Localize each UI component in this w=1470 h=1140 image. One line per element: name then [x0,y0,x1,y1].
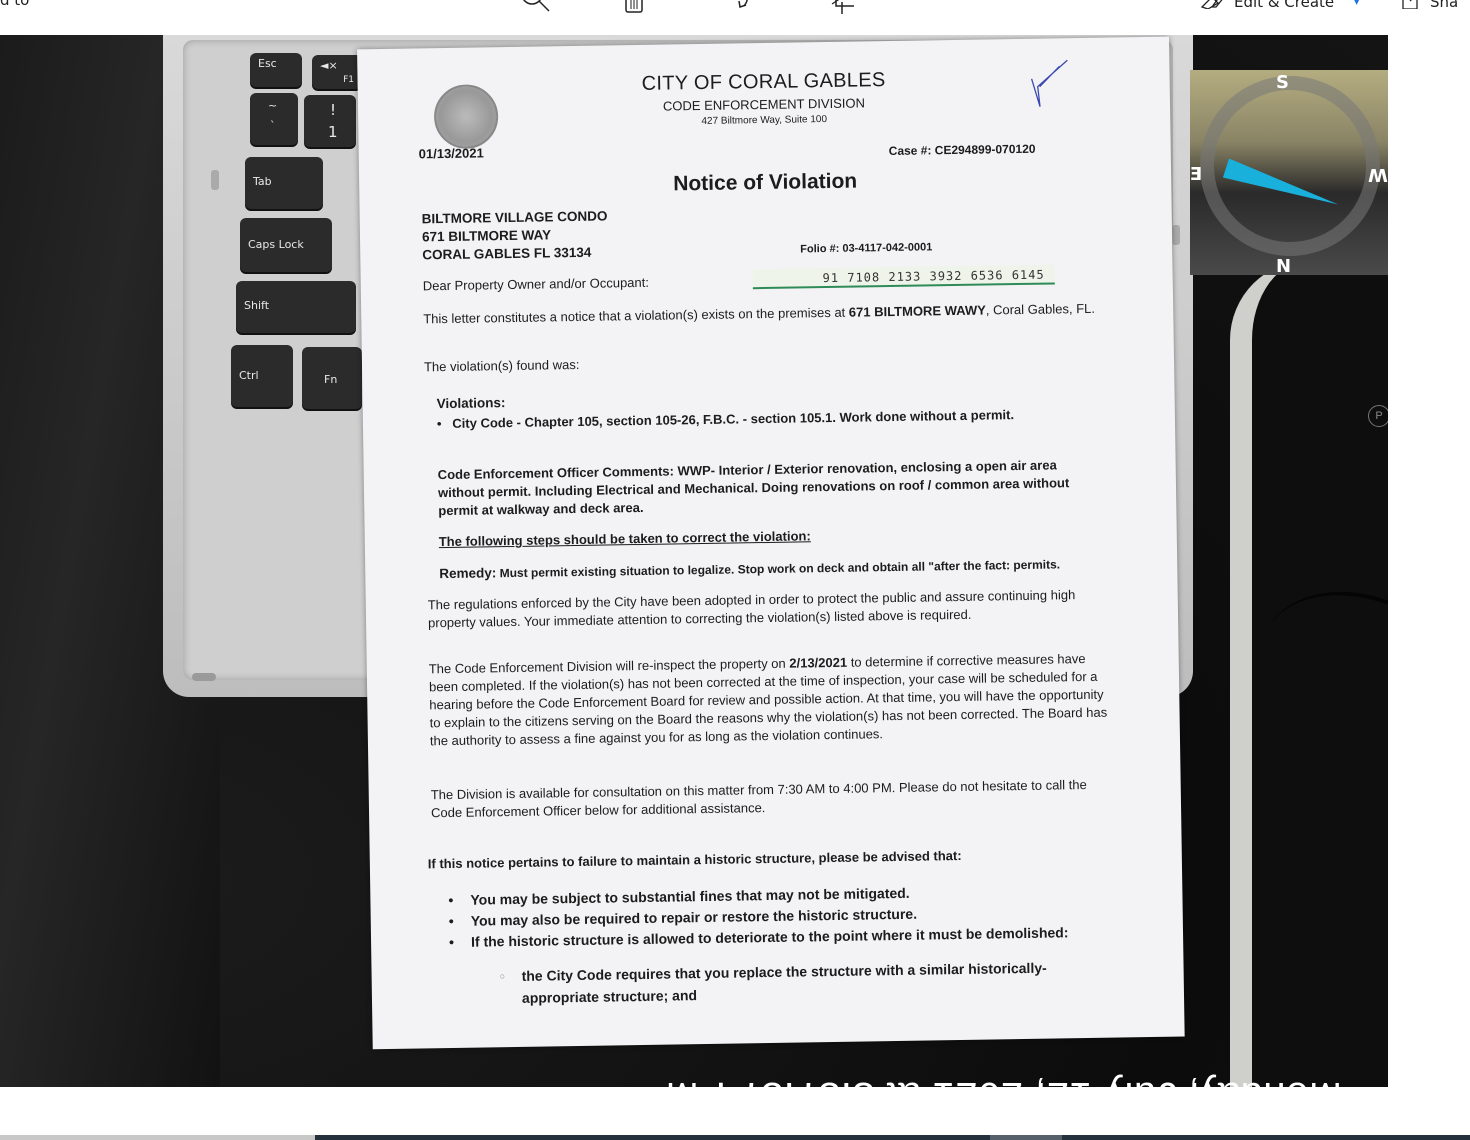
photo-viewer[interactable]: Esc F1◄× ~` !1 Tab Caps Lock Shift Ctrl … [0,35,1388,1087]
key-1: !1 [304,95,356,147]
notice-document: CITY OF CORAL GABLES CODE ENFORCEMENT DI… [357,37,1185,1050]
compass-east: E [1190,164,1202,185]
notice-date: 01/13/2021 [419,145,484,161]
violation-item: • City Code - Chapter 105, section 105-2… [437,407,1014,431]
app-toolbar: d to Edit & Create ▾ Sha [0,0,1470,35]
compass-overlay: S N E W [1190,70,1388,275]
recipient-address: BILTMORE VILLAGE CONDO 671 BILTMORE WAY … [422,207,609,264]
edit-create-label: Edit & Create [1234,0,1334,11]
intro-paragraph: This letter constitutes a notice that a … [423,300,1103,329]
availability-paragraph: The Division is available for consultati… [431,776,1111,823]
folio-number: Folio #: 03-4117-042-0001 [800,241,932,255]
share-button[interactable]: Sha [1402,0,1458,13]
reinspection-paragraph: The Code Enforcement Division will re-in… [429,650,1110,751]
key-shift-left: Shift [236,281,356,333]
historic-bullets: You may be subject to substantial fines … [470,880,1068,952]
found-label: The violation(s) found was: [424,348,1104,377]
zoom-icon[interactable] [520,0,544,14]
regulations-paragraph: The regulations enforced by the City hav… [428,586,1108,633]
key-tab: Tab [245,157,323,209]
share-label: Sha [1430,0,1458,11]
delete-icon[interactable] [624,0,648,14]
compass-south: S [1276,72,1289,93]
toolbar-left-text[interactable]: d to [0,0,29,9]
key-ctrl: Ctrl [231,345,293,407]
rotate-icon[interactable] [730,0,754,14]
photo-timestamp: Monday, July 12, 2021 at 3:57:57 PM [665,1073,1342,1087]
key-caps-lock: Caps Lock [240,218,332,272]
edit-pen-icon [1200,0,1226,13]
key-f1: F1◄× [312,55,362,89]
salutation: Dear Property Owner and/or Occupant: [423,275,649,294]
hinge-marker-right [1172,225,1180,245]
officer-comments: Code Enforcement Officer Comments: WWP- … [438,456,1099,520]
foot-left [192,673,216,681]
violations-heading: Violations: [437,395,506,411]
edit-create-button[interactable]: Edit & Create ▾ [1200,0,1359,13]
historic-sub-item: the City Code requires that you replace … [521,956,1082,1009]
key-tilde: ~` [250,93,298,145]
compass-north: N [1276,256,1291,275]
historic-heading: If this notice pertains to failure to ma… [428,848,962,871]
hinge-marker-left [211,170,219,190]
park-button-icon: P [1368,405,1388,427]
compass-west: W [1368,164,1388,185]
key-esc: Esc [250,53,302,87]
filmstrip-thumb[interactable] [990,1135,1062,1140]
share-icon [1402,0,1422,13]
steps-heading: The following steps should be taken to c… [439,528,811,549]
filmstrip-track [315,1135,1470,1140]
chevron-down-icon: ▾ [1354,0,1359,8]
case-number: Case #: CE294899-070120 [889,142,1036,158]
remedy-text: Remedy: Must permit existing situation t… [439,556,1060,581]
key-fn: Fn [302,347,362,409]
tracking-sticker: 91 7108 2133 3932 6536 6145 [753,264,1055,289]
notice-title: Notice of Violation [359,165,1171,202]
filmstrip-scrollbar[interactable] [0,1135,1470,1140]
crop-icon[interactable] [830,0,854,14]
